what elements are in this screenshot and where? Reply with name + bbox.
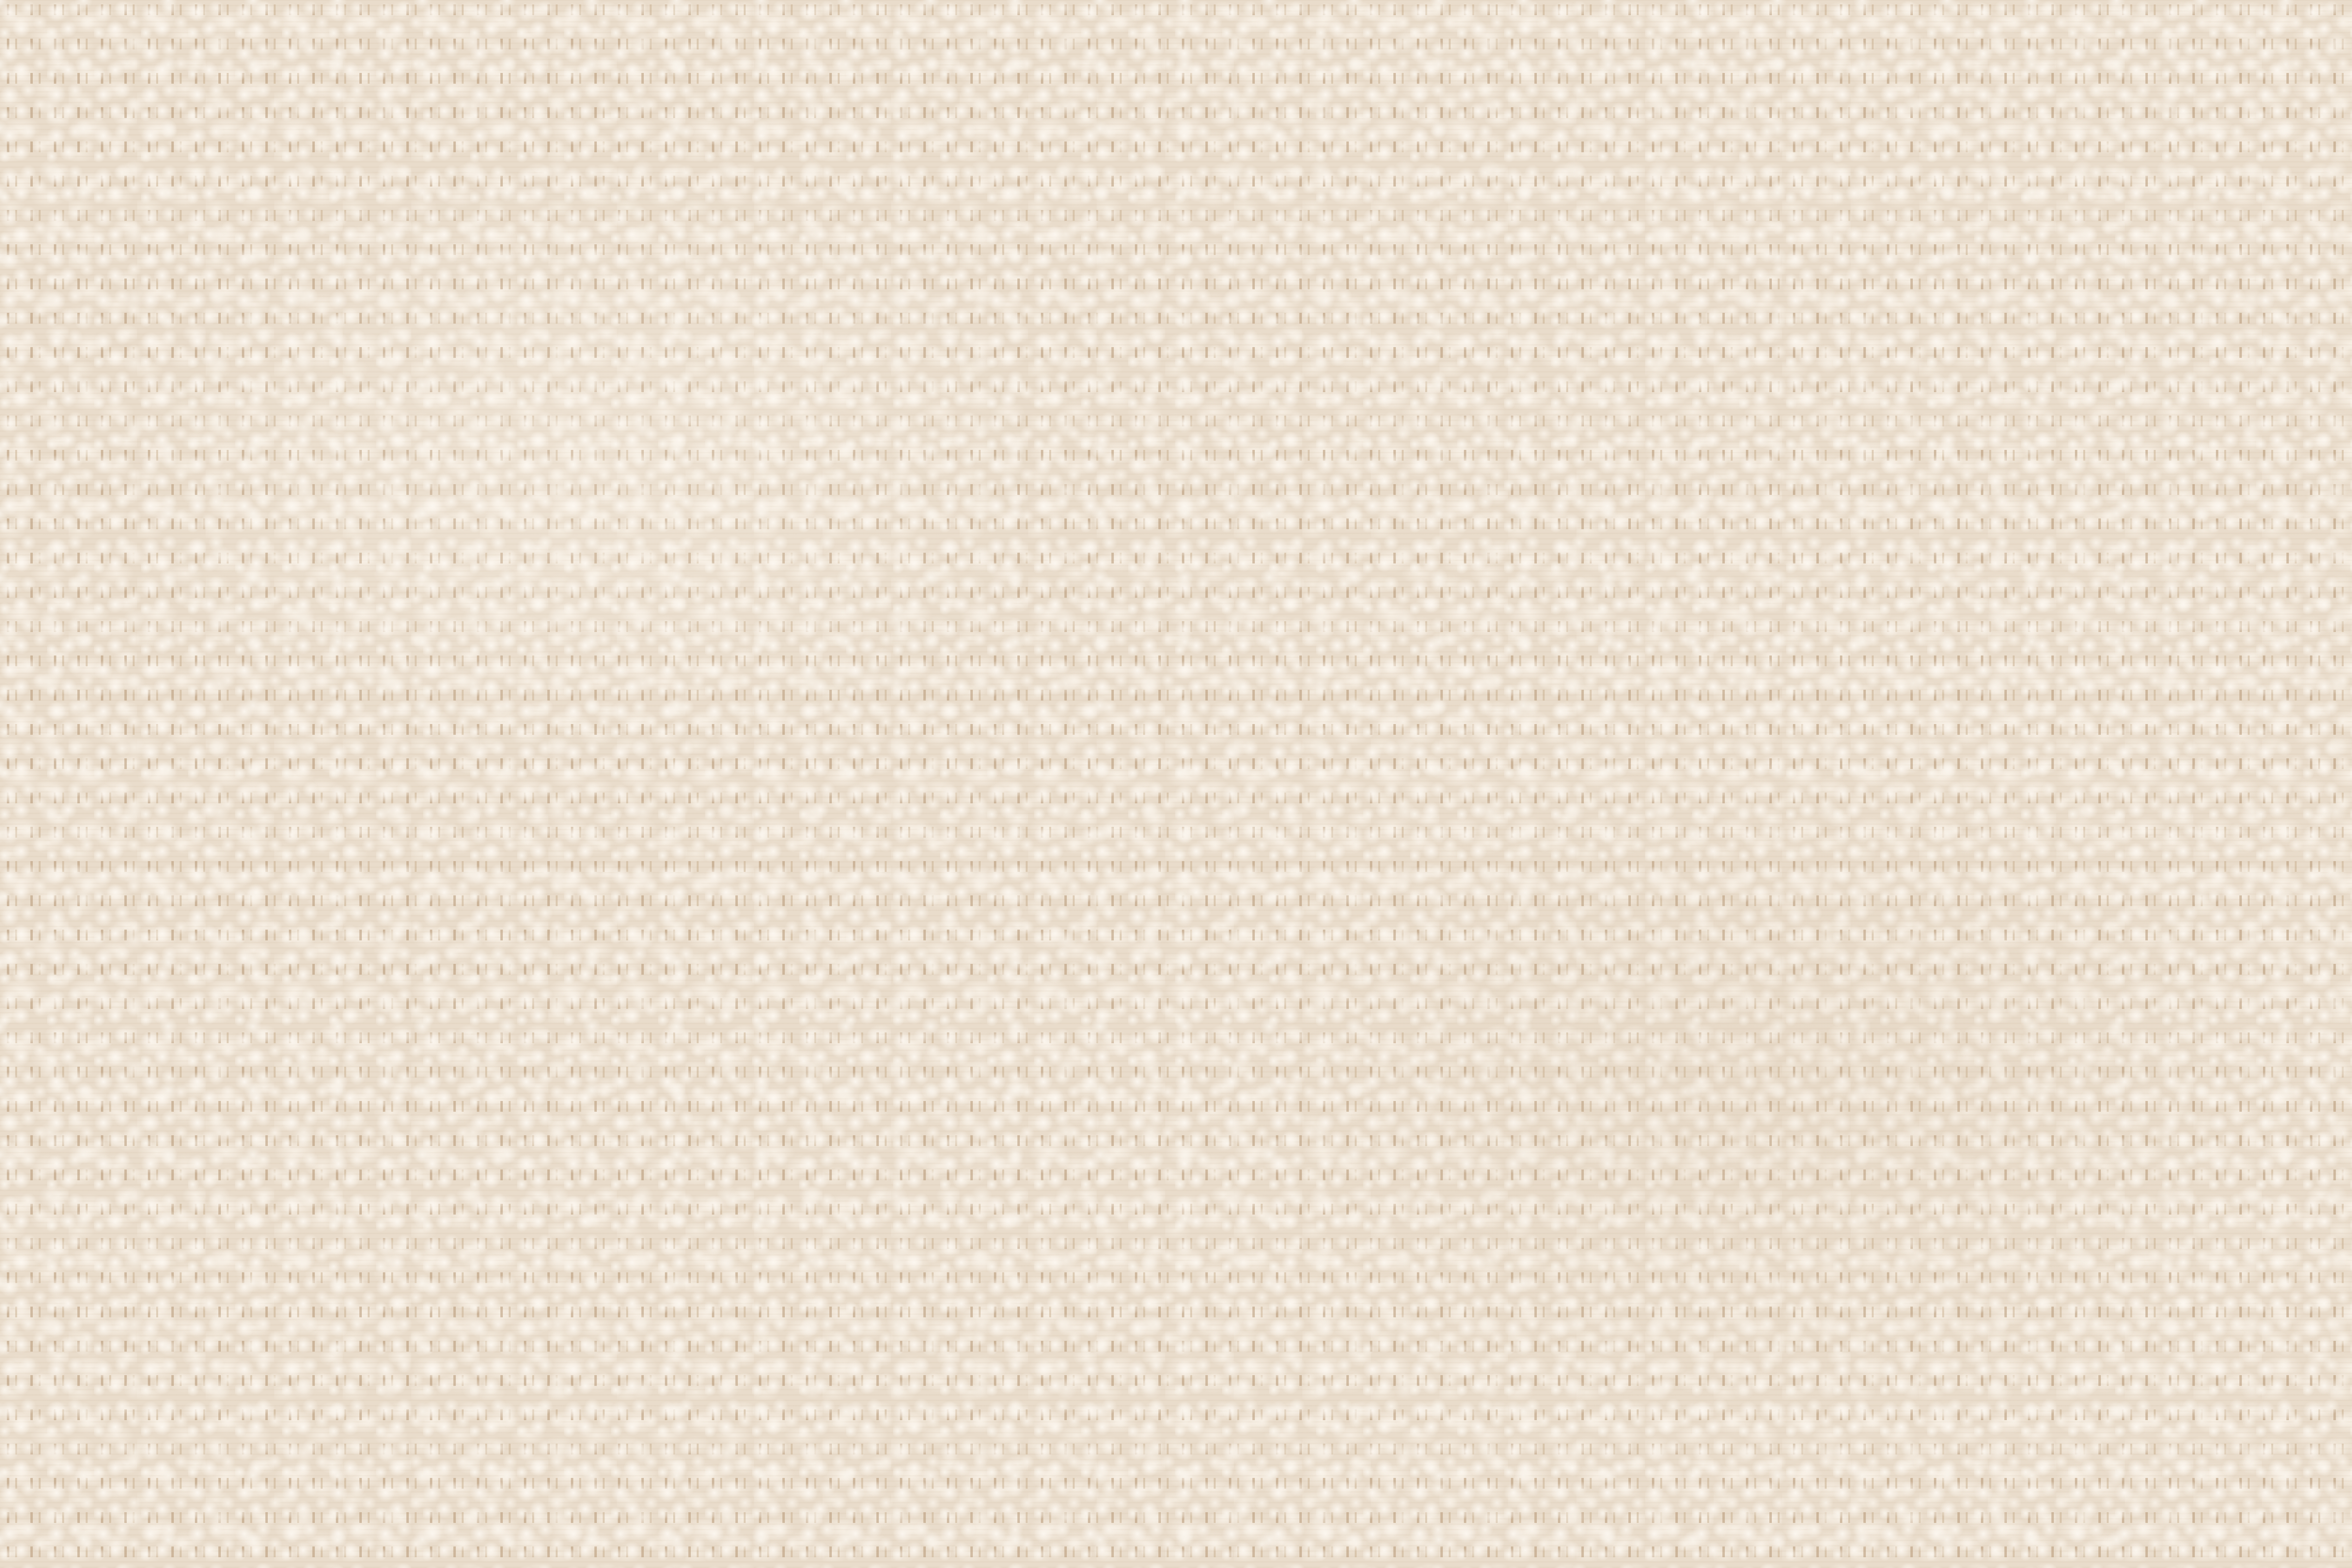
fabric-texture-photo	[0, 0, 2352, 1568]
fabric-tonal-variation	[0, 0, 2352, 1568]
